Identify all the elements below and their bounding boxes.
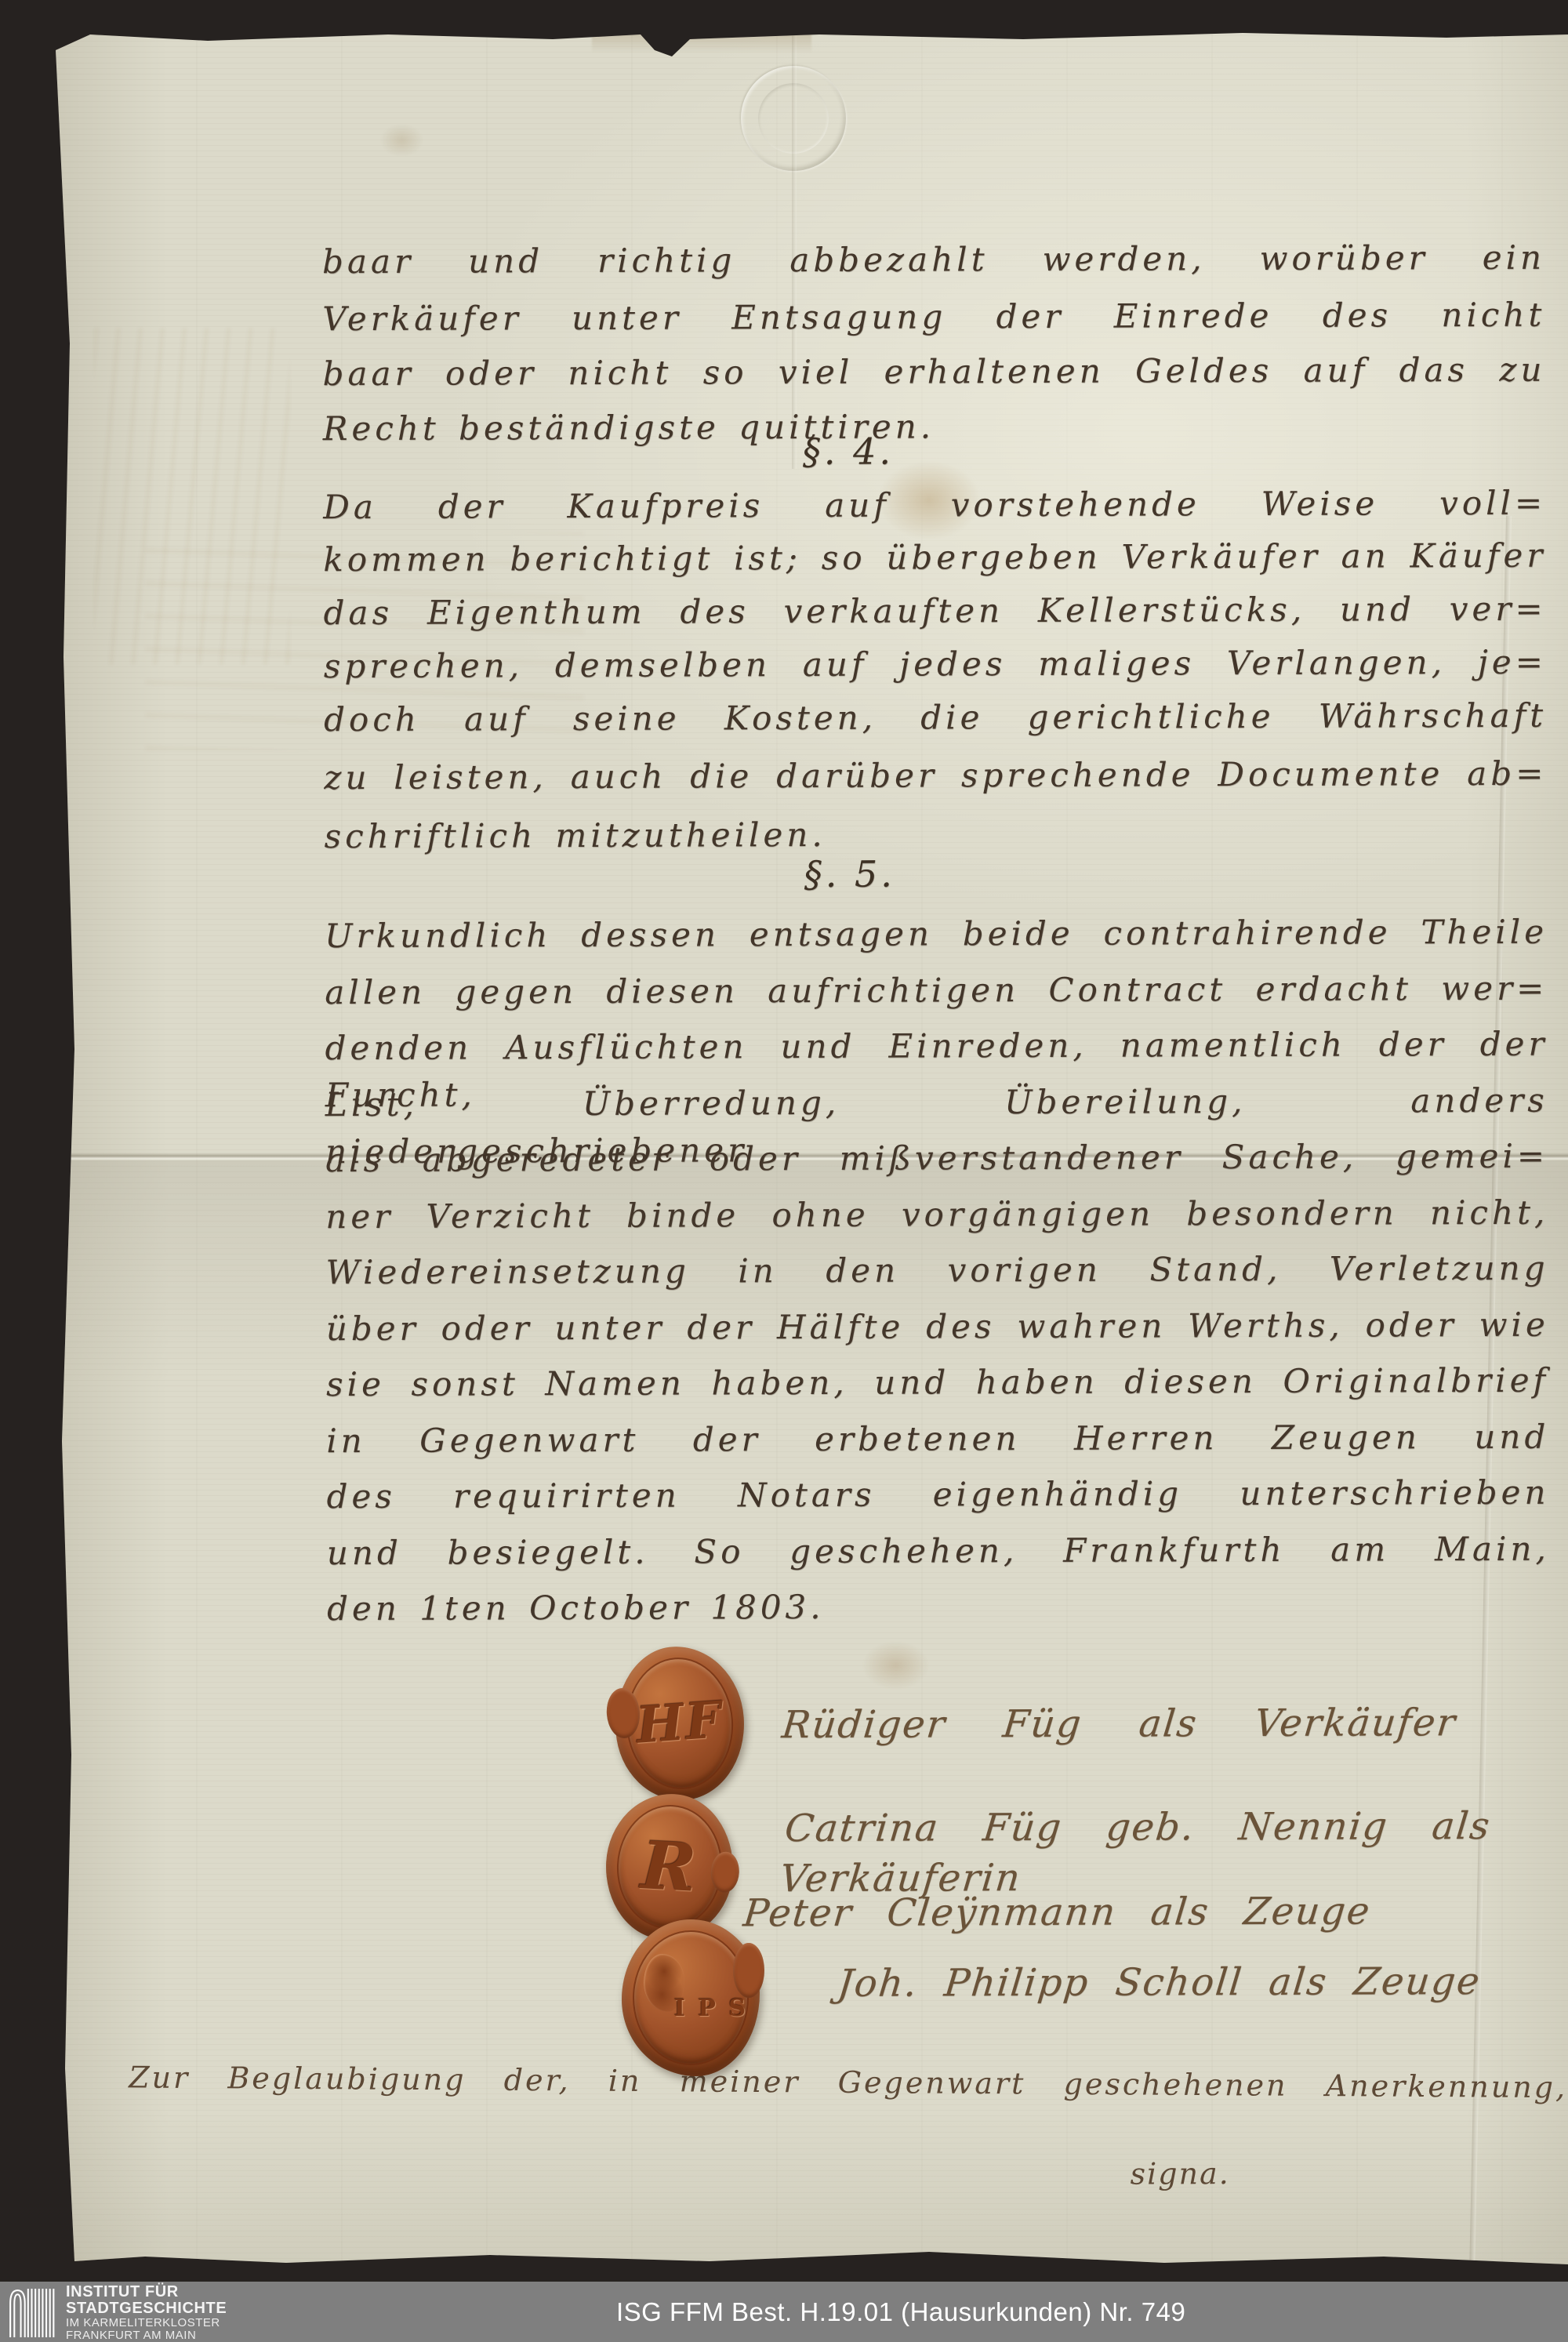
manuscript-line: baar oder nicht so viel erhaltenen Gelde… [322, 347, 1545, 399]
notary-attestation-line: Zur Beglaubigung der, in meiner Gegenwar… [129, 2057, 1567, 2111]
manuscript-line: sie sonst Namen haben, und haben diesen … [326, 1357, 1549, 1410]
shelfmark-label: ISG FFM Best. H.19.01 (Hausurkunden) Nr.… [616, 2282, 1185, 2342]
seal-monogram: HF [635, 1695, 724, 1752]
manuscript-line: ner Verzicht binde ohne vorgängigen beso… [325, 1189, 1548, 1242]
manuscript-line: Wiedereinsetzung in den vorigen Stand, V… [325, 1245, 1548, 1298]
manuscript-line: den 1ten October 1803. [327, 1581, 1550, 1634]
section-heading-5: §. 5. [325, 846, 1375, 905]
section-heading-4: §. 4. [323, 423, 1374, 482]
manuscript-line: Verkäufer unter Entsagung der Einrede de… [322, 292, 1545, 344]
manuscript-line: des requirirten Notars eigenhändig unter… [326, 1469, 1549, 1522]
signature-line: Joh. Philipp Scholl als Zeuge [835, 1956, 1483, 2009]
manuscript-line: das Eigenthum des verkauften Kellerstück… [324, 586, 1547, 638]
manuscript-line: allen gegen diesen aufrichtigen Contract… [325, 965, 1548, 1018]
manuscript-line: Urkundlich dessen entsagen beide contrah… [325, 909, 1548, 961]
manuscript-line: als abgeredeter oder mißverstandener Sac… [325, 1133, 1548, 1186]
institute-name-line: STADTGESCHICHTE [66, 2300, 227, 2317]
wax-drip [733, 1943, 764, 1998]
manuscript-line: in Gegenwart der erbetenen Herren Zeugen… [326, 1414, 1549, 1466]
karmeliterkloster-arches-logo-icon [8, 2287, 56, 2337]
seal-monogram: I P S [674, 1995, 748, 2022]
manuscript-line: zu leisten, auch die darüber sprechende … [324, 750, 1547, 803]
notary-signature-abbrev: signa. [1130, 2155, 1229, 2192]
manuscript-line: List, Überredung, Übereilung, anders nie… [325, 1077, 1548, 1130]
institute-name-line: INSTITUT FÜR [66, 2284, 227, 2300]
signature-line: Rüdiger Füg als Verkäufer [779, 1697, 1458, 1750]
manuscript-line: kommen berichtigt ist; so übergeben Verk… [323, 532, 1546, 585]
manuscript-line: doch auf seine Kosten, die gerichtliche … [324, 692, 1547, 745]
institute-name-block: INSTITUT FÜR STADTGESCHICHTE IM KARMELIT… [66, 2284, 227, 2342]
manuscript-line: über oder unter der Hälfte des wahren We… [326, 1302, 1549, 1354]
signature-line: Peter Cleÿnmann als Zeuge [741, 1886, 1373, 1938]
manuscript-line: sprechen, demselben auf jedes maliges Ve… [324, 639, 1547, 692]
manuscript-text: baar und richtig abbezahlt werden, worüb… [47, 27, 1568, 2268]
manuscript-line: und besiegelt. So geschehen, Frankfurth … [327, 1526, 1550, 1578]
scan-background: baar und richtig abbezahlt werden, worüb… [0, 0, 1568, 2342]
institute-address-line: FRANKFURT AM MAIN [66, 2329, 227, 2342]
institute-address-line: IM KARMELITERKLOSTER [66, 2317, 227, 2329]
manuscript-line: Da der Kaufpreis auf vorstehende Weise v… [323, 480, 1546, 532]
manuscript-line: denden Ausflüchten und Einreden, namentl… [325, 1021, 1548, 1073]
seal-monogram: R [640, 1832, 699, 1901]
manuscript-line: baar und richtig abbezahlt werden, worüb… [322, 234, 1545, 287]
wax-seal-lion-rampant-icon: I P S [622, 1919, 760, 2076]
archive-footer-bar: INSTITUT FÜR STADTGESCHICHTE IM KARMELIT… [0, 2282, 1568, 2342]
document-page: baar und richtig abbezahlt werden, worüb… [51, 30, 1568, 2264]
